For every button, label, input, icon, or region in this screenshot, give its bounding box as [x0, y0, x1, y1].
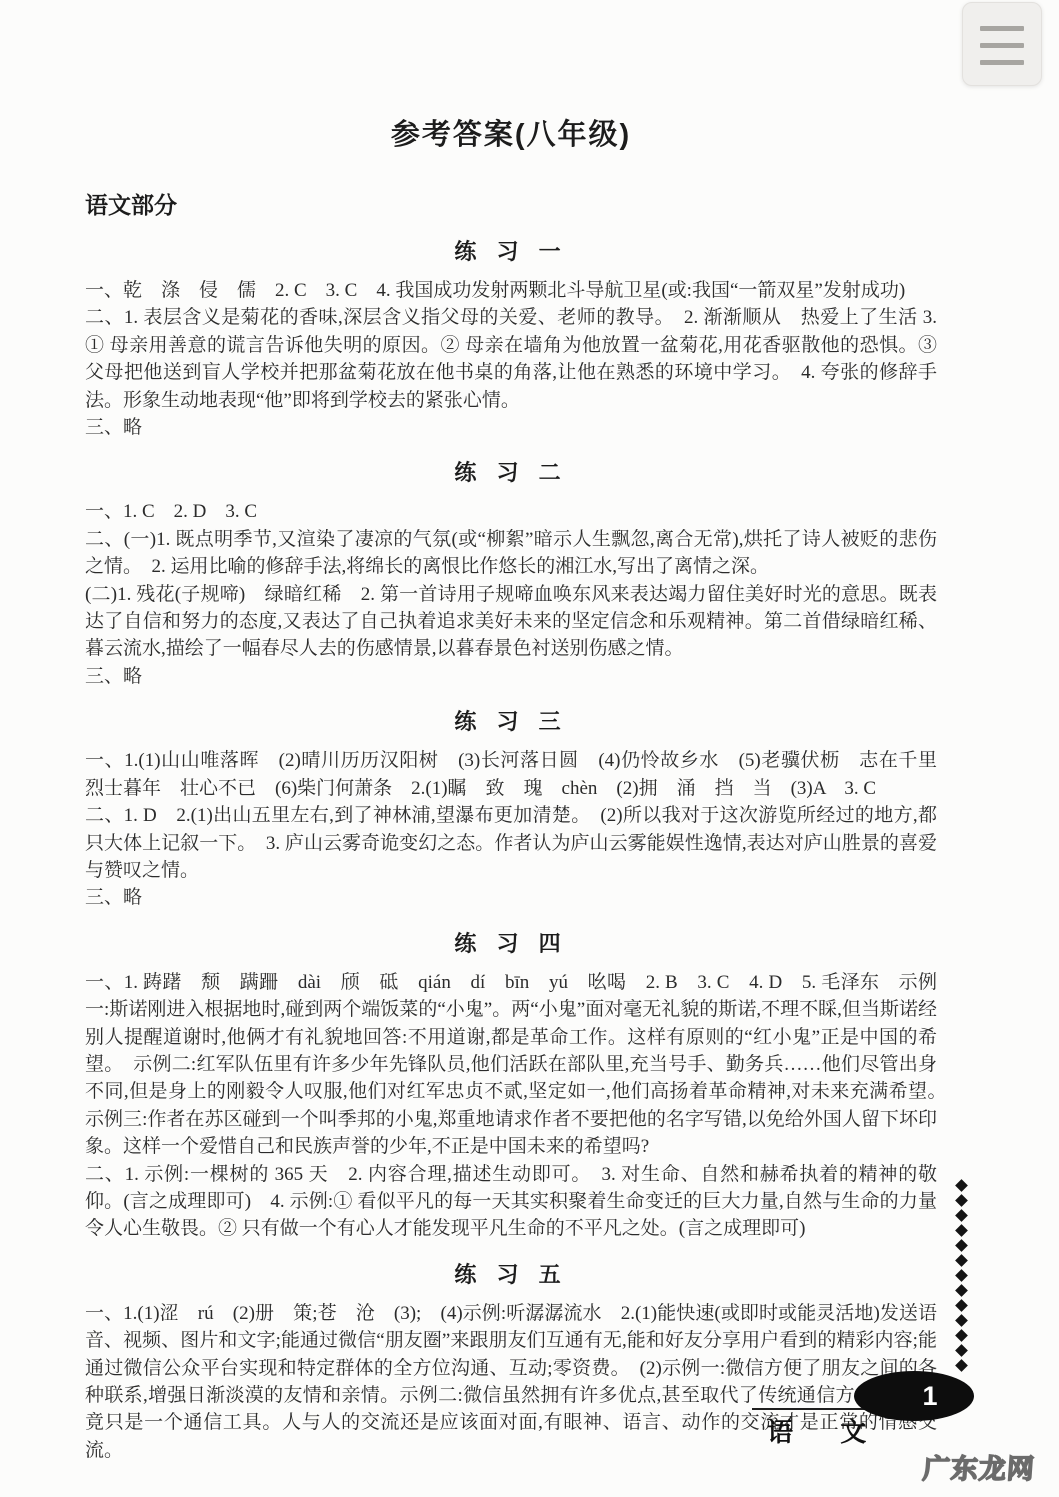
answer-paragraph: (二)1. 残花(子规啼) 绿暗红稀 2. 第一首诗用子规啼血唤东风来表达竭力留…	[85, 581, 937, 663]
subject-part-label: 语文部分	[85, 187, 937, 220]
diamond-dot	[955, 1314, 968, 1327]
answer-paragraph: 三、略	[85, 884, 937, 911]
answer-paragraph: 二、1. D 2.(1)出山五里左右,到了神林浦,望瀑布更加清楚。 (2)所以我…	[85, 802, 937, 884]
exercise-section-4: 练 习 四一、1. 踌躇 颓 蹒跚 dài 颀 砥 qián dí bīn yú…	[85, 927, 937, 1243]
exercise-heading: 练 习 一	[85, 235, 937, 266]
exercise-heading: 练 习 二	[85, 456, 937, 487]
answer-paragraph: 一、1.(1)山山唯落晖 (2)晴川历历汉阳树 (3)长河落日圆 (4)仍怜故乡…	[85, 747, 937, 802]
diamond-dot	[955, 1299, 968, 1312]
answer-paragraph: 一、1. 踌躇 颓 蹒跚 dài 颀 砥 qián dí bīn yú 吆喝 2…	[85, 969, 937, 1161]
diamond-dot	[955, 1239, 968, 1252]
exercise-heading: 练 习 三	[85, 705, 937, 736]
diamond-dot	[955, 1284, 968, 1297]
dot-column-decoration	[957, 1181, 966, 1370]
hamburger-menu-icon	[980, 26, 1024, 65]
page-number: 1	[890, 1381, 937, 1412]
page-number-badge: 1	[854, 1371, 974, 1421]
answer-paragraph: 一、1. C 2. D 3. C	[85, 498, 937, 525]
exercise-heading: 练 习 五	[85, 1258, 937, 1289]
answer-sheet-content: 参考答案(八年级) 语文部分 练 习 一一、乾 涤 侵 儒 2. C 3. C …	[85, 112, 937, 1464]
diamond-dot	[955, 1359, 968, 1372]
diamond-dot	[955, 1254, 968, 1267]
answer-paragraph: 二、1. 表层含义是菊花的香味,深层含义指父母的关爱、老师的教导。 2. 渐渐顺…	[85, 304, 937, 414]
document-page: 参考答案(八年级) 语文部分 练 习 一一、乾 涤 侵 儒 2. C 3. C …	[0, 0, 1059, 1497]
diamond-dot	[955, 1329, 968, 1342]
diamond-dot	[955, 1269, 968, 1282]
answer-paragraph: 二、(一)1. 既点明季节,又渲染了凄凉的气氛(或“柳絮”暗示人生飘忽,离合无常…	[85, 526, 937, 581]
diamond-dot	[955, 1224, 968, 1237]
exercise-heading: 练 习 四	[85, 927, 937, 958]
diamond-dot	[955, 1179, 968, 1192]
answer-paragraph: 二、1. 示例:一棵树的 365 天 2. 内容合理,描述生动即可。 3. 对生…	[85, 1161, 937, 1243]
exercises-container: 练 习 一一、乾 涤 侵 儒 2. C 3. C 4. 我国成功发射两颗北斗导航…	[85, 235, 937, 1464]
diamond-dot	[955, 1209, 968, 1222]
diamond-dot	[955, 1194, 968, 1207]
page-title: 参考答案(八年级)	[85, 112, 937, 153]
answer-paragraph: 三、略	[85, 414, 937, 441]
answer-paragraph: 一、乾 涤 侵 儒 2. C 3. C 4. 我国成功发射两颗北斗导航卫星(或:…	[85, 277, 937, 304]
footer-subject-label: 语 文	[767, 1412, 886, 1449]
watermark-text: 广东龙网	[922, 1447, 1037, 1486]
menu-button[interactable]	[962, 2, 1042, 86]
exercise-section-1: 练 习 一一、乾 涤 侵 儒 2. C 3. C 4. 我国成功发射两颗北斗导航…	[85, 235, 937, 441]
diamond-dot	[955, 1344, 968, 1357]
exercise-section-2: 练 习 二一、1. C 2. D 3. C二、(一)1. 既点明季节,又渲染了凄…	[85, 456, 937, 690]
answer-paragraph: 三、略	[85, 663, 937, 690]
exercise-section-3: 练 习 三一、1.(1)山山唯落晖 (2)晴川历历汉阳树 (3)长河落日圆 (4…	[85, 705, 937, 911]
